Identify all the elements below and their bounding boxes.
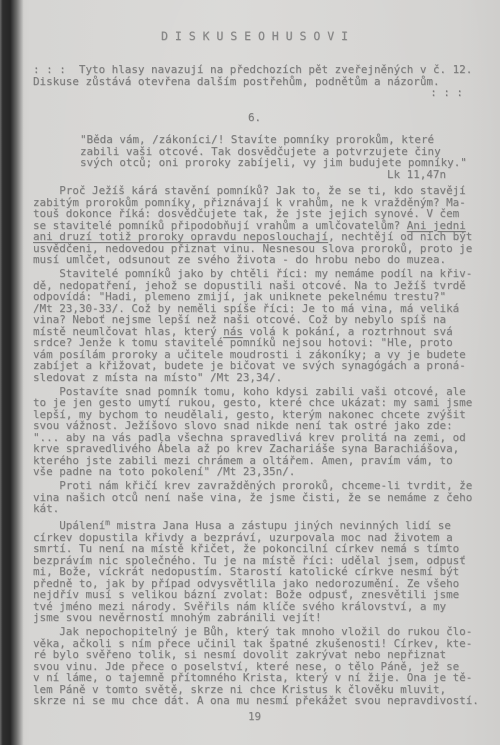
- page-number: 19: [33, 711, 476, 723]
- body-paragraph: Jak nepochopitelný je Bůh, který tak mno…: [33, 626, 476, 707]
- body-paragraph: Postavíte snad pomník tomu, koho kdysi z…: [33, 386, 476, 478]
- epigraph-text: "Běda vám, /zákoníci/! Stavíte pomníky p…: [80, 134, 454, 169]
- scripture-epigraph: "Běda vám, /zákoníci/! Stavíte pomníky p…: [80, 134, 454, 180]
- scanned-document-page: D I S K U S E O H U S O V I : : : Tyto h…: [0, 0, 500, 745]
- page-title: D I S K U S E O H U S O V I: [33, 30, 476, 42]
- page-content: D I S K U S E O H U S O V I : : : Tyto h…: [33, 30, 476, 722]
- epigraph-citation: Lk 11,47n: [80, 169, 454, 181]
- body-paragraph: Proti nám křičí krev zavražděných prorok…: [33, 480, 476, 515]
- intro-closing-marker: : : :: [33, 87, 476, 99]
- binding-shadow-edge: [0, 0, 27, 745]
- editorial-intro: : : : Tyto hlasy navazují na předchozích…: [33, 64, 476, 87]
- body-paragraph: Upálením mistra Jana Husa a zástupu jiný…: [33, 517, 476, 624]
- body-paragraph: Stavitelé pomníků jako by chtěli říci: m…: [33, 268, 476, 383]
- body-paragraph: Proč Ježíš kárá stavění pomníků? Jak to,…: [33, 185, 476, 266]
- section-number: 6.: [33, 112, 476, 124]
